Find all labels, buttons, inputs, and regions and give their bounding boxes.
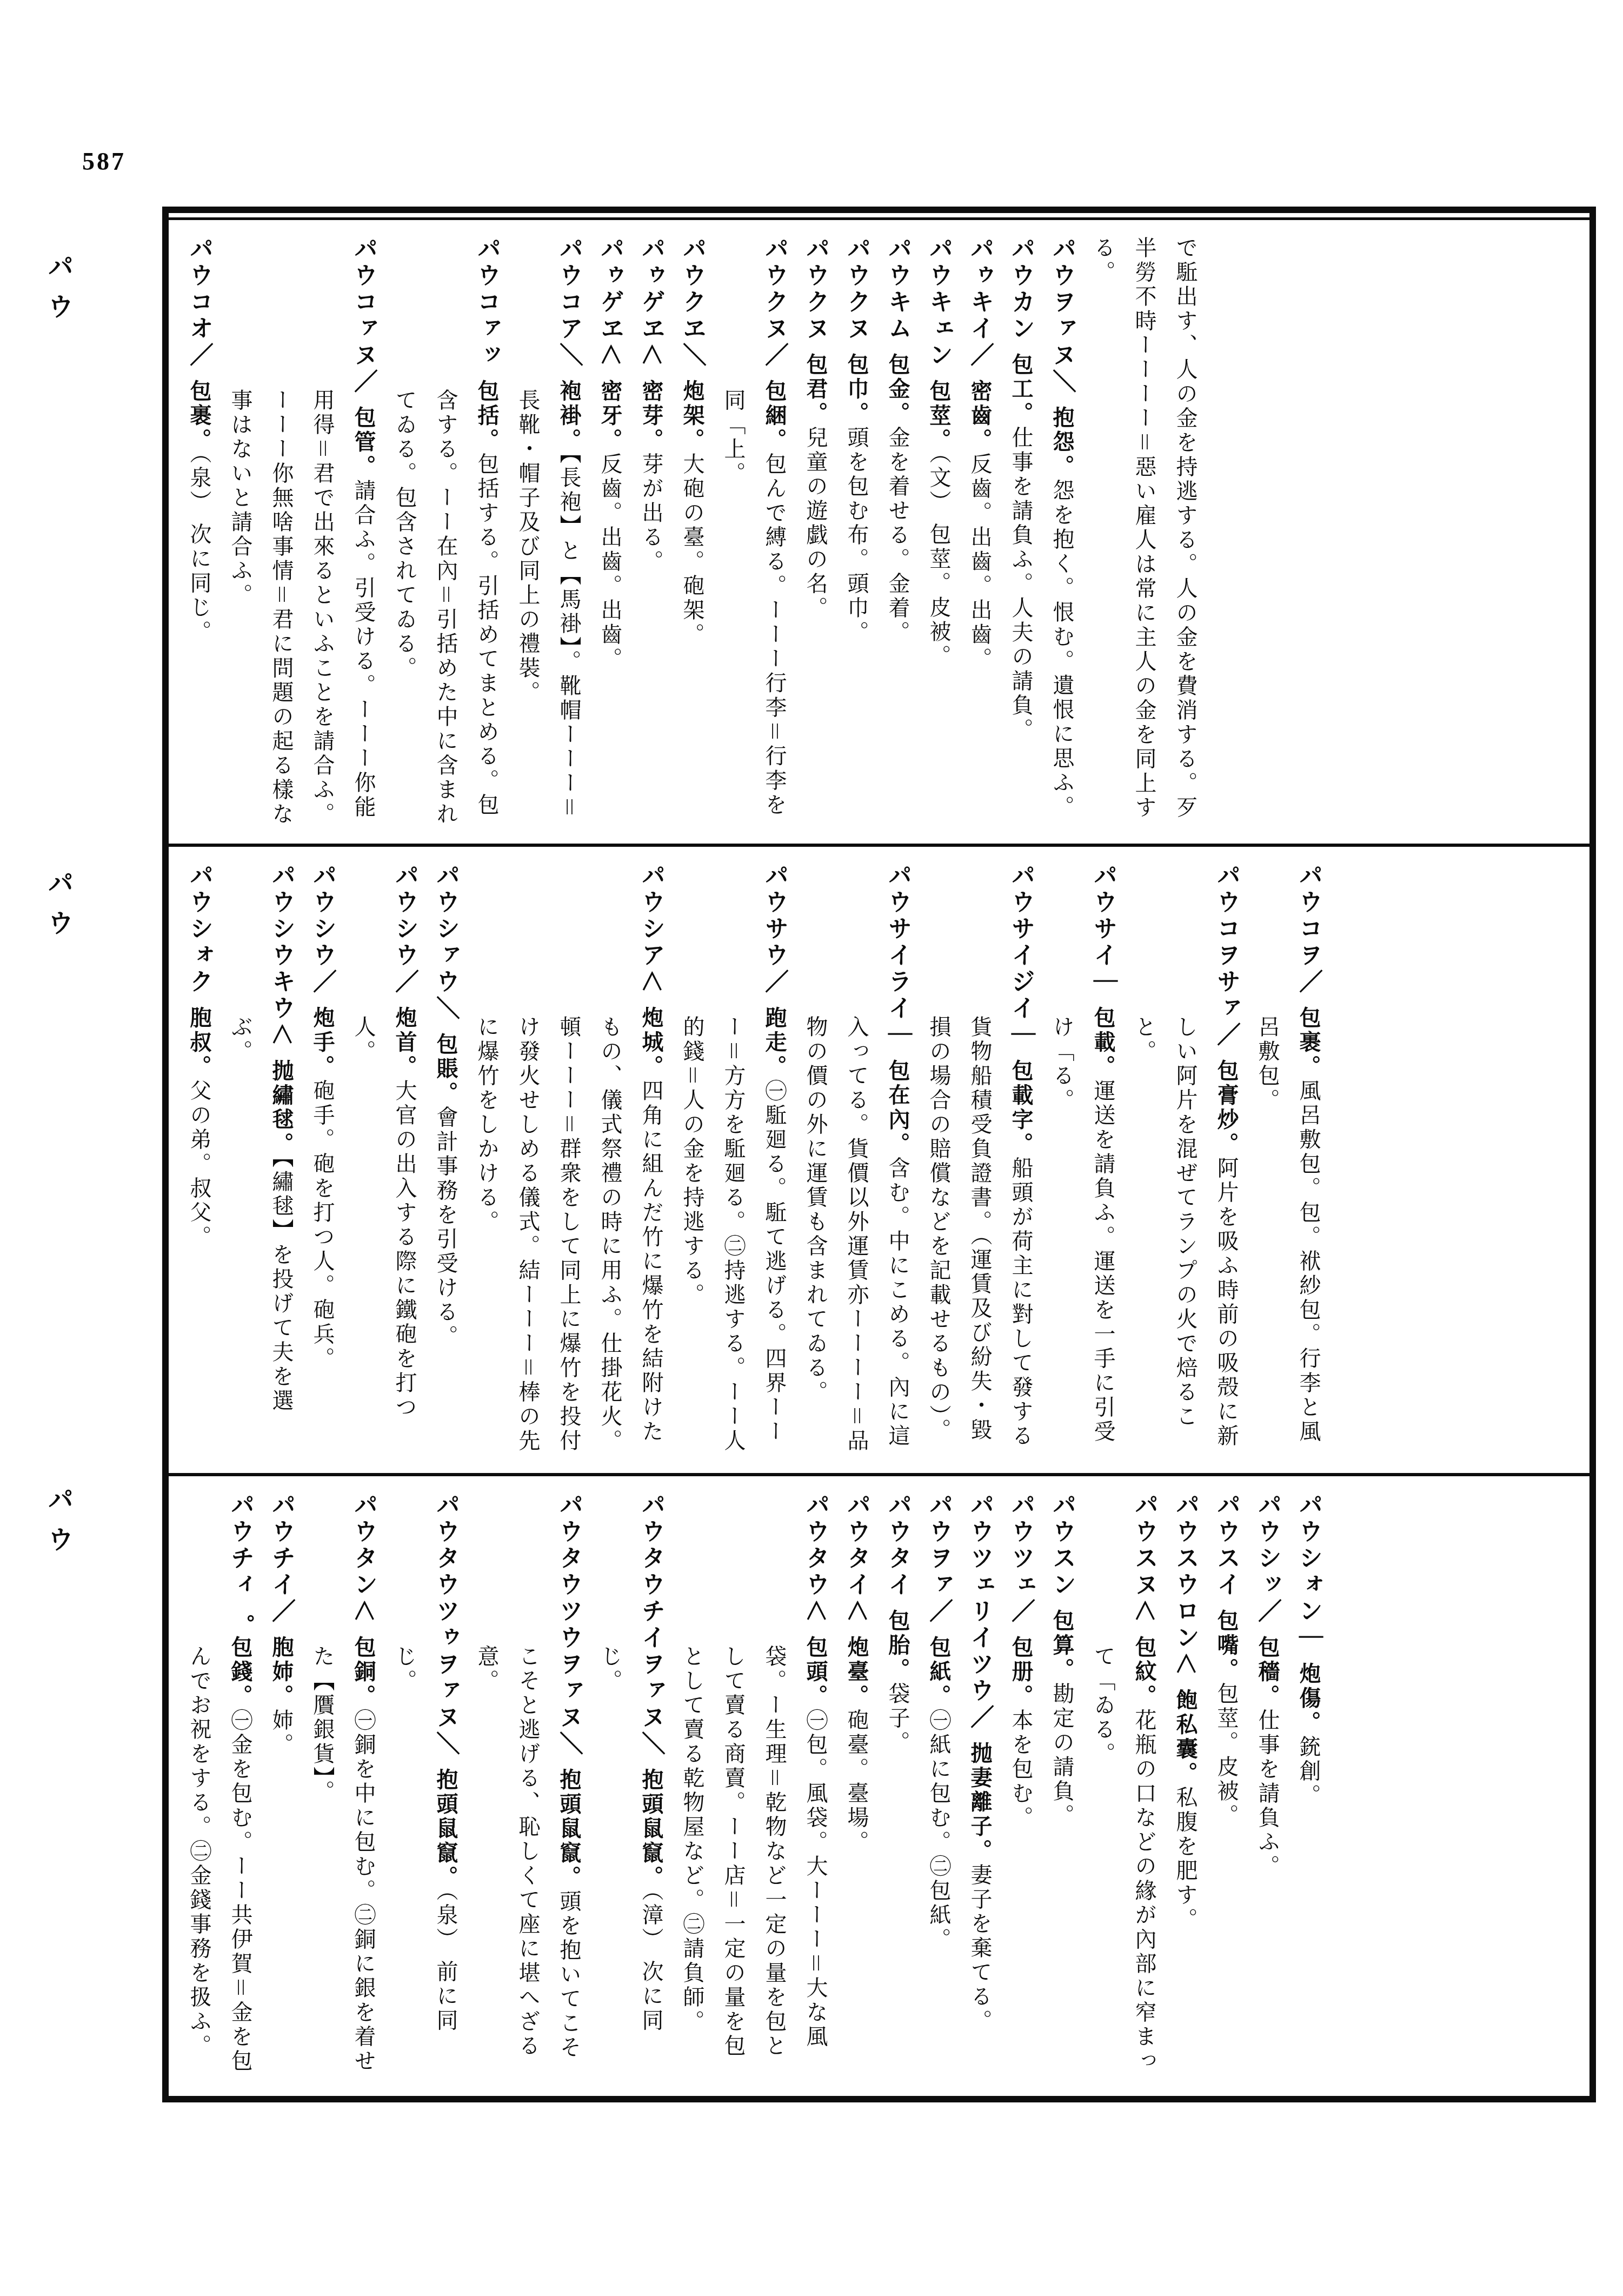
dictionary-entry: パウスヌ＜包紋。花瓶の口などの緣が內部に窄まって「ゐる。 bbox=[1082, 1492, 1165, 2081]
entry-headword-kanji: 包工。 bbox=[1009, 353, 1033, 426]
dictionary-entry: パウヲァ／包紙。㊀紙に包む。㊁包紙。 bbox=[918, 1492, 959, 2081]
dictionary-entry: パウコァヌ／包管。請合ふ。引受ける。ーーー你能用得＝君で出來るといふことを請合ふ… bbox=[219, 236, 384, 830]
band-column-flow: で駈出す、人の金を持逃する。人の金を費消する。歹半勞不時ーーーー＝惡い雇人は常に… bbox=[169, 220, 1220, 844]
entry-headword-kana: パウタイ＜ bbox=[843, 1492, 870, 1636]
dictionary-entry: パウコヲ／包裹。風呂敷包。包。袱紗包。行李と風呂敷包。 bbox=[1247, 863, 1329, 1459]
entry-headword-kana: パゥキイ／ bbox=[967, 236, 993, 380]
entry-headword-kana: パウシア＜ bbox=[638, 863, 664, 1006]
dictionary-entry: パウクヱ＼炮架。大砲の臺。砲架。 bbox=[671, 236, 713, 830]
entry-headword-kana: パウシォク bbox=[186, 863, 212, 1006]
entry-headword-kanji: 抛繡毬。 bbox=[269, 1059, 294, 1157]
dictionary-entry: パウシァウ＼包賬。會計事務を引受ける。 bbox=[425, 863, 466, 1459]
entry-headword-kana: パウタイ bbox=[884, 1492, 911, 1609]
entry-definition: 風呂敷包。包。袱紗包。行李と風呂敷包。 bbox=[1255, 1016, 1321, 1444]
dictionary-band-top: で駈出す、人の金を持逃する。人の金を費消する。歹半勞不時ーーーー＝惡い雇人は常に… bbox=[169, 217, 1589, 844]
entry-definition: 父の弟。叔父。 bbox=[187, 1079, 211, 1250]
dictionary-entry: パウキム包金。金を着せる。金着。 bbox=[877, 236, 918, 830]
entry-headword-kana: パウコヲサァ／ bbox=[1213, 863, 1240, 1059]
dictionary-band-bottom: パウシォン｜炮傷。銃創。パウシッ／包穡。仕事を請負ふ。パウスイ包嘴。包莖。皮被。… bbox=[169, 1473, 1589, 2095]
entry-definition: 金を着せる。金着。 bbox=[886, 426, 910, 645]
entry-headword-kanji: 包頭。 bbox=[803, 1636, 828, 1709]
dictionary-entry: パウシォン｜炮傷。銃創。 bbox=[1288, 1492, 1329, 2081]
dictionary-entry: パウタウチイヲァヌ＼抱頭鼠竄。（漳） 次に同じ。 bbox=[589, 1492, 671, 2081]
dictionary-entry: パウコァッ包括。包括する。引括めてまとめる。包含する。ーー在內＝引括めた中に含ま… bbox=[384, 236, 507, 830]
entry-headword-kana: パウタウ＜ bbox=[802, 1492, 829, 1636]
entry-definition: （泉） 次に同じ。 bbox=[187, 453, 211, 645]
entry-definition: 反齒。出齒。出齒。 bbox=[598, 453, 622, 672]
entry-headword-kanji: 包括。 bbox=[475, 380, 499, 453]
entry-headword-kanji: 包胎。 bbox=[886, 1609, 910, 1682]
entry-headword-kanji: 包載字。 bbox=[1009, 1059, 1033, 1157]
dictionary-entry: パウシォク胞叔。父の弟。叔父。 bbox=[178, 863, 219, 1459]
margin-tab-pau-3: パウ bbox=[39, 1486, 77, 1566]
entry-headword-kanji: 包穡。 bbox=[1255, 1636, 1280, 1709]
dictionary-entry: パウシウ／炮首。大官の出入する際に鐵砲を打つ人。 bbox=[343, 863, 425, 1459]
entry-definition: ㊀紙に包む。㊁包紙。 bbox=[927, 1709, 951, 1952]
entry-headword-kana: パウサイライ｜ bbox=[884, 863, 911, 1059]
entry-headword-kana: パウコァヌ／ bbox=[350, 236, 377, 406]
dictionary-entry: パウヲァヌ＼抱怨。怨を抱く。恨む。遺恨に思ふ。 bbox=[1041, 236, 1082, 830]
entry-headword-kanji: 包賬。 bbox=[434, 1033, 458, 1106]
entry-headword-kanji: 包金。 bbox=[886, 353, 910, 426]
entry-definition: 花瓶の口などの緣が內部に窄まって「ゐる。 bbox=[1091, 1645, 1156, 2074]
entry-headword-kanji: 炮手。 bbox=[310, 1006, 335, 1079]
entry-definition: 砲臺。臺場。 bbox=[844, 1709, 869, 1855]
entry-headword-kanji: 炮架。 bbox=[680, 380, 704, 453]
entry-definition: 會計事務を引受ける。 bbox=[434, 1106, 458, 1349]
entry-headword-kanji: 包紙。 bbox=[927, 1636, 951, 1709]
entry-headword-kanji: 抛妻離子。 bbox=[968, 1742, 992, 1863]
entry-definition: 四角に組んだ竹に爆竹を結附けたもの、儀式祭禮の時に用ふ。仕掛花火。頓ーーー＝群衆… bbox=[475, 1016, 663, 1454]
dictionary-entry: パウコオ／包裹。（泉） 次に同じ。 bbox=[178, 236, 219, 830]
entry-headword-kana: パゥゲヱ＜ bbox=[638, 236, 664, 380]
entry-definition: ㊀銅を中に包む。㊁銅に銀を着せた【贋銀貨】。 bbox=[310, 1645, 376, 2074]
entry-headword-kana: パウクヌ bbox=[843, 236, 870, 353]
entry-headword-kana: パウスン bbox=[1049, 1492, 1075, 1609]
entry-definition: 兒童の遊戯の名。 bbox=[803, 426, 828, 621]
entry-headword-kana: パウスイ bbox=[1213, 1492, 1240, 1609]
entry-headword-kanji: 炮臺。 bbox=[844, 1636, 869, 1709]
entry-headword-kana: パゥゲヱ＜ bbox=[597, 236, 623, 380]
entry-headword-kana: パウクヱ＼ bbox=[679, 236, 706, 380]
entry-headword-kana: パウサウ／ bbox=[761, 863, 788, 1006]
entry-definition: 勘定の請負。 bbox=[1050, 1682, 1074, 1828]
entry-headword-kanji: 炮首。 bbox=[393, 1006, 417, 1079]
entry-headword-kanji: 抱頭鼠竄。 bbox=[557, 1768, 581, 1890]
entry-headword-kanji: 飽私囊。 bbox=[1173, 1689, 1198, 1786]
dictionary-entry: パウチイ／胞姉。姉。 bbox=[261, 1492, 302, 2081]
entry-definition: 私腹を肥す。 bbox=[1173, 1786, 1198, 1932]
entry-headword-kanji: 包紋。 bbox=[1132, 1636, 1156, 1709]
entry-headword-kanji: 包在內。 bbox=[886, 1059, 910, 1157]
dictionary-entry: パウキェン包莖。（文） 包莖。皮被。 bbox=[918, 236, 959, 830]
entry-definition: 反齒。出齒。出齒。 bbox=[968, 453, 992, 672]
entry-definition: ㊀金を包む。ーー共伊賀＝金を包んでお祝をする。㊁金錢事務を扱ふ。 bbox=[187, 1645, 252, 2074]
entry-headword-kana: パウクヌ bbox=[802, 236, 829, 353]
dictionary-entry: パウコヲサァ／包膏炒。阿片を吸ふ時前の吸殻に新しい阿片を混ぜてランプの火で焙るこ… bbox=[1123, 863, 1247, 1459]
entry-definition: （文） 包莖。皮被。 bbox=[927, 453, 951, 669]
dictionary-entry: パウスイ包嘴。包莖。皮被。 bbox=[1206, 1492, 1247, 2081]
entry-headword-kanji: 密齒。 bbox=[968, 380, 992, 453]
entry-headword-kanji: 包載。 bbox=[1091, 1006, 1115, 1079]
entry-definition: 銃創。 bbox=[1296, 1735, 1321, 1808]
entry-headword-kana: パウコオ／ bbox=[186, 236, 212, 380]
entry-headword-kana: パウサイ｜ bbox=[1090, 863, 1116, 1006]
dictionary-entry: パウサイ｜包載。運送を請負ふ。運送を一手に引受け「る。 bbox=[1041, 863, 1123, 1459]
entry-headword-kana: パウコア＼ bbox=[556, 236, 582, 380]
entry-headword-kanji: 炮城。 bbox=[639, 1006, 663, 1079]
entry-definition: 袋子。 bbox=[886, 1682, 910, 1755]
dictionary-entry: パウシウキウ＜抛繡毬。【繡毬】を投げて夫を選ぶ。 bbox=[219, 863, 302, 1459]
dictionary-entry: パウクヌ包巾。頭を包む布。頭巾。 bbox=[836, 236, 877, 830]
dictionary-text-box: で駈出す、人の金を持逃する。人の金を費消する。歹半勞不時ーーーー＝惡い雇人は常に… bbox=[162, 207, 1596, 2102]
entry-definition: 芽が出る。 bbox=[639, 453, 663, 574]
entry-headword-kana: パウシウ／ bbox=[309, 863, 336, 1006]
dictionary-entry: パウシウ／炮手。砲手。砲を打つ人。砲兵。 bbox=[302, 863, 343, 1459]
dictionary-entry: で駈出す、人の金を持逃する。人の金を費消する。歹半勞不時ーーーー＝惡い雇人は常に… bbox=[1082, 236, 1206, 830]
entry-definition: 仕事を請負ふ。人夫の請負。 bbox=[1009, 426, 1033, 742]
entry-headword-kana: パウキム bbox=[884, 236, 911, 353]
entry-headword-kana: パウカン bbox=[1008, 236, 1034, 353]
entry-definition: 姉。 bbox=[269, 1709, 294, 1757]
entry-headword-kana: パウチイ／ bbox=[268, 1492, 295, 1636]
entry-headword-kana: パウシァウ＼ bbox=[433, 863, 459, 1033]
entry-headword-kana: パウタウツウヲァヌ＼ bbox=[556, 1492, 582, 1768]
dictionary-entry: パウツェ／包册。本を包む。 bbox=[1000, 1492, 1041, 2081]
entry-headword-kanji: 包裹。 bbox=[1296, 1006, 1321, 1079]
dictionary-entry: パウツェリイツウ／抛妻離子。妻子を棄てる。 bbox=[959, 1492, 1000, 2081]
entry-definition: 【長袍】と【馬褂】。靴帽ーーー＝長靴・帽子及び同上の禮裝。 bbox=[516, 389, 581, 820]
entry-headword-kanji: 包管。 bbox=[351, 406, 376, 479]
entry-headword-kana: パウヲァ／ bbox=[926, 1492, 952, 1636]
band-column-flow: パウシォン｜炮傷。銃創。パウシッ／包穡。仕事を請負ふ。パウスイ包嘴。包莖。皮被。… bbox=[169, 1476, 1343, 2095]
entry-headword-kanji: 包君。 bbox=[803, 353, 828, 426]
entry-headword-kana: パウコァッ bbox=[474, 236, 500, 380]
dictionary-entry: パゥゲヱ＜密牙。反齒。出齒。出齒。 bbox=[589, 236, 630, 830]
entry-headword-kana: パウスウロン＜ bbox=[1172, 1492, 1199, 1689]
entry-headword-kanji: 抱頭鼠竄。 bbox=[639, 1768, 663, 1890]
entry-headword-kanji: 包綑。 bbox=[762, 380, 787, 453]
entry-headword-kanji: 包嘴。 bbox=[1214, 1609, 1239, 1682]
entry-headword-kanji: 包膏炒。 bbox=[1214, 1059, 1239, 1157]
entry-headword-kanji: 密牙。 bbox=[598, 380, 622, 453]
dictionary-entry: パウタウツウヲァヌ＼抱頭鼠竄。頭を抱いてこそこそと逃げる、恥しくて座に堪へざる意… bbox=[466, 1492, 589, 2081]
dictionary-entry: パウクヌ／包綑。包んで縛る。ーーー行李＝行李を同「上。 bbox=[713, 236, 795, 830]
entry-headword-kana: パウツェリイツウ／ bbox=[967, 1492, 993, 1742]
dictionary-entry: パウタイ包胎。袋子。 bbox=[877, 1492, 918, 2081]
entry-headword-kana: パウツェ／ bbox=[1008, 1492, 1034, 1636]
page-number: 587 bbox=[82, 147, 126, 176]
entry-definition: で駈出す、人の金を持逃する。人の金を費消する。歹半勞不時ーーーー＝惡い雇人は常に… bbox=[1091, 236, 1198, 820]
dictionary-entry: パウサウ／跑走。㊀駈廻る。駈て逃げる。四界ーーー＝方方を駈廻る。㊁持逃する。ーー… bbox=[671, 863, 795, 1459]
entry-definition: 包括する。引括めてまとめる。包含する。ーー在內＝引括めた中に含まれてゐる。包含さ… bbox=[393, 389, 499, 827]
dictionary-entry: パウタイ＜炮臺。砲臺。臺場。 bbox=[836, 1492, 877, 2081]
dictionary-entry: パウチィ゜包錢。㊀金を包む。ーー共伊賀＝金を包んでお祝をする。㊁金錢事務を扱ふ。 bbox=[178, 1492, 261, 2081]
dictionary-entry: パウタウツゥヲァヌ＼抱頭鼠竄。（泉） 前に同じ。 bbox=[384, 1492, 466, 2081]
entry-headword-kanji: 包册。 bbox=[1009, 1636, 1033, 1709]
entry-headword-kana: パウシォン｜ bbox=[1295, 1492, 1322, 1662]
entry-definition: 妻子を棄てる。 bbox=[968, 1863, 992, 2034]
entry-headword-kanji: 包錢。 bbox=[228, 1636, 252, 1709]
dictionary-entry: パウスウロン＜飽私囊。私腹を肥す。 bbox=[1165, 1492, 1206, 2081]
entry-headword-kana: パウシウ／ bbox=[391, 863, 418, 1006]
entry-headword-kanji: 包算。 bbox=[1050, 1609, 1074, 1682]
entry-definition: 怨を抱く。恨む。遺恨に思ふ。 bbox=[1050, 479, 1074, 820]
dictionary-entry: パウカン包工。仕事を請負ふ。人夫の請負。 bbox=[1000, 236, 1041, 830]
entry-definition: ㊀駈廻る。駈て逃げる。四界ーーー＝方方を駈廻る。㊁持逃する。ーー人的錢＝人の金を… bbox=[680, 1016, 787, 1454]
dictionary-entry: パウクヌ包君。兒童の遊戯の名。 bbox=[795, 236, 836, 830]
dictionary-entry: パウタウ＜包頭。㊀包。風袋。大ーーー＝大な風袋。ー生理＝乾物など一定の量を包とし… bbox=[671, 1492, 836, 2081]
dictionary-entry: パウシッ／包穡。仕事を請負ふ。 bbox=[1247, 1492, 1288, 2081]
entry-headword-kanji: 炮傷。 bbox=[1296, 1662, 1321, 1735]
entry-headword-kana: パウコヲ／ bbox=[1295, 863, 1322, 1006]
band-column-flow: パウコヲ／包裹。風呂敷包。包。袱紗包。行李と風呂敷包。パウコヲサァ／包膏炒。阿片… bbox=[169, 847, 1343, 1473]
entry-headword-kanji: 密芽。 bbox=[639, 380, 663, 453]
entry-definition: 包莖。皮被。 bbox=[1214, 1682, 1239, 1828]
entry-definition: 包んで縛る。ーーー行李＝行李を同「上。 bbox=[721, 389, 787, 818]
scanned-dictionary-page: 587 パウ パウ パウ で駈出す、人の金を持逃する。人の金を費消する。歹半勞不… bbox=[0, 0, 1623, 2296]
entry-headword-kana: パウサイジイ｜ bbox=[1008, 863, 1034, 1059]
dictionary-entry: パウスン包算。勘定の請負。 bbox=[1041, 1492, 1082, 2081]
entry-definition: 運送を請負ふ。運送を一手に引受け「る。 bbox=[1050, 1016, 1115, 1444]
dictionary-entry: パウコア＼袍褂。【長袍】と【馬褂】。靴帽ーーー＝長靴・帽子及び同上の禮裝。 bbox=[507, 236, 589, 830]
entry-definition: 仕事を請負ふ。 bbox=[1255, 1709, 1280, 1879]
entry-definition: 頭を包む布。頭巾。 bbox=[844, 426, 869, 645]
entry-headword-kana: パウキェン bbox=[926, 236, 952, 380]
entry-headword-kanji: 胞姉。 bbox=[269, 1636, 294, 1709]
dictionary-entry: パウタン＜包銅。㊀銅を中に包む。㊁銅に銀を着せた【贋銀貨】。 bbox=[302, 1492, 384, 2081]
entry-headword-kana: パウタウチイヲァヌ＼ bbox=[638, 1492, 664, 1768]
entry-definition: 砲手。砲を打つ人。砲兵。 bbox=[310, 1079, 335, 1371]
entry-headword-kanji: 包銅。 bbox=[351, 1636, 376, 1709]
dictionary-entry: パゥキイ／密齒。反齒。出齒。出齒。 bbox=[959, 236, 1000, 830]
margin-tab-pau-2: パウ bbox=[39, 870, 77, 950]
dictionary-entry: パウサイジイ｜包載字。船頭が荷主に對して發する貨物船積受負證書。（運賃及び紛失・… bbox=[918, 863, 1041, 1459]
entry-headword-kana: パウクヌ／ bbox=[761, 236, 788, 380]
entry-headword-kanji: 包莖。 bbox=[927, 380, 951, 453]
entry-headword-kana: パウスヌ＜ bbox=[1131, 1492, 1158, 1636]
entry-headword-kana: パウチィ゜ bbox=[227, 1492, 254, 1636]
margin-tab-pau-1: パウ bbox=[39, 253, 77, 333]
entry-headword-kana: パウシッ／ bbox=[1254, 1492, 1281, 1636]
entry-headword-kanji: 跑走。 bbox=[762, 1006, 787, 1079]
entry-headword-kanji: 包裹。 bbox=[187, 380, 211, 453]
dictionary-entry: パウシア＜炮城。四角に組んだ竹に爆竹を結附けたもの、儀式祭禮の時に用ふ。仕掛花火… bbox=[466, 863, 671, 1459]
entry-headword-kana: パウタン＜ bbox=[350, 1492, 377, 1636]
entry-definition: 大砲の臺。砲架。 bbox=[680, 453, 704, 647]
dictionary-band-middle: パウコヲ／包裹。風呂敷包。包。袱紗包。行李と風呂敷包。パウコヲサァ／包膏炒。阿片… bbox=[169, 844, 1589, 1473]
entry-headword-kanji: 抱頭鼠竄。 bbox=[434, 1768, 458, 1890]
entry-headword-kana: パウヲァヌ＼ bbox=[1049, 236, 1075, 406]
entry-headword-kanji: 胞叔。 bbox=[187, 1006, 211, 1079]
entry-headword-kana: パウタウツゥヲァヌ＼ bbox=[433, 1492, 459, 1768]
dictionary-entry: パウサイライ｜包在內。含む。中にこめる。內に這入ってる。貨價以外運賃亦ーーーー＝… bbox=[795, 863, 918, 1459]
entry-headword-kanji: 抱怨。 bbox=[1050, 406, 1074, 479]
entry-headword-kanji: 包巾。 bbox=[844, 353, 869, 426]
entry-headword-kanji: 袍褂。 bbox=[557, 380, 581, 453]
entry-definition: 本を包む。 bbox=[1009, 1709, 1033, 1830]
entry-headword-kana: パウシウキウ＜ bbox=[268, 863, 295, 1059]
dictionary-entry: パゥゲヱ＜密芽。芽が出る。 bbox=[630, 236, 671, 830]
